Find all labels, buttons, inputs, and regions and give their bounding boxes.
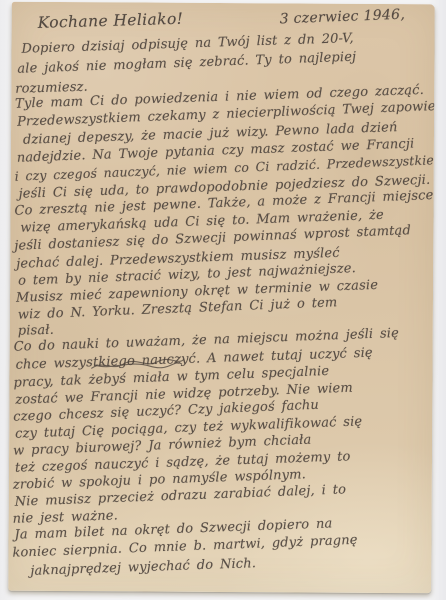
letter-date: 3 czerwiec 1946, bbox=[279, 7, 405, 28]
letter-paper: Kochane Heliako! 3 czerwiec 1946, Dopier… bbox=[8, 2, 435, 594]
letter-body: Dopiero dzisiaj odpisuję na Twój list z … bbox=[12, 2, 435, 5]
letter-greeting: Kochane Heliako! bbox=[37, 10, 183, 32]
letter-line: pisał. bbox=[18, 323, 55, 339]
scan-background: Kochane Heliako! 3 czerwiec 1946, Dopier… bbox=[0, 0, 446, 600]
letter-line: jaknajprędzej wyjechać do Nich. bbox=[30, 556, 256, 579]
